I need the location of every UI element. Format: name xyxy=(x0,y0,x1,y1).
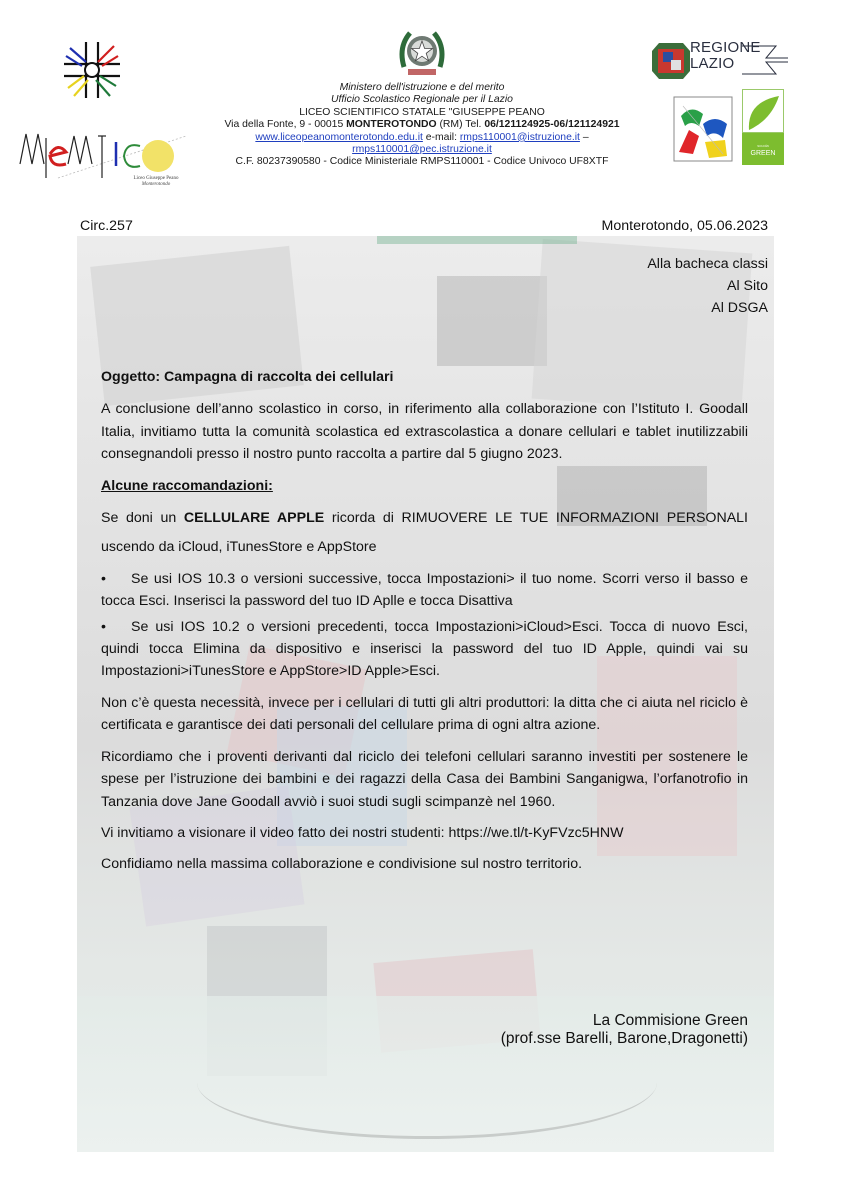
bullet-icon: • xyxy=(101,568,131,590)
email-link[interactable]: rmps110001@istruzione.it xyxy=(460,132,580,143)
bullet-text: Se usi IOS 10.3 o versioni successive, t… xyxy=(101,571,748,609)
bullet-icon: • xyxy=(101,616,131,638)
cubes-logo-icon xyxy=(673,96,733,162)
video-link[interactable]: https://we.tl/t-KyFVzc5HNW xyxy=(449,825,624,841)
recipient: Alla bacheca classi xyxy=(647,253,768,275)
address-mid: (RM) Tel. xyxy=(437,119,485,130)
subject-line: Oggetto: Campagna di raccolta dei cellul… xyxy=(101,366,748,388)
recipients: Alla bacheca classi Al Sito Al DSGA xyxy=(647,253,768,319)
address-city: MONTEROTONDO xyxy=(346,119,436,130)
intro-paragraph: A conclusione dell’anno scolastico in co… xyxy=(101,398,748,465)
regione-lazio-lines-icon xyxy=(742,42,790,78)
school-address: Via della Fonte, 9 - 00015 MONTEROTONDO … xyxy=(190,119,654,131)
bullet-item: •Se usi IOS 10.2 o versioni precedenti, … xyxy=(101,616,748,683)
letter-body: Oggetto: Campagna di raccolta dei cellul… xyxy=(101,366,748,885)
regional-office: Ufficio Scolastico Regionale per il Lazi… xyxy=(190,94,654,106)
apple-warning-pre: Se doni un xyxy=(101,510,184,526)
email-separator: – xyxy=(580,132,589,143)
matematico-caption-city: Monterotondo xyxy=(126,182,186,188)
circular-number: Circ.257 xyxy=(80,218,133,234)
ministry-name: Ministero dell'istruzione e del merito xyxy=(190,82,654,94)
regione-lazio-crest-icon xyxy=(651,42,691,80)
address-prefix: Via della Fonte, 9 - 00015 xyxy=(224,119,346,130)
sun-gear-logo-icon xyxy=(62,40,122,100)
email-label: e-mail: xyxy=(423,132,460,143)
bullet-text: Se usi IOS 10.2 o versioni precedenti, t… xyxy=(101,619,748,680)
video-text: Vi invitiamo a visionare il video fatto … xyxy=(101,825,449,841)
school-name: LICEO SCIENTIFICO STATALE "GIUSEPPE PEAN… xyxy=(190,107,654,119)
leaf-icon xyxy=(743,90,783,132)
video-paragraph: Vi invitiamo a visionare il video fatto … xyxy=(101,822,748,844)
other-producers-paragraph: Non c’è questa necessità, invece per i c… xyxy=(101,692,748,737)
green-logo-small-text: scuola xyxy=(742,143,784,148)
green-logo-text: GREEN xyxy=(742,150,784,157)
scuola-green-logo: scuola GREEN xyxy=(742,89,784,165)
phone-numbers: 06/121124925-06/121124921 xyxy=(484,119,619,130)
matematico-logo: Liceo Giuseppe Peano Monterotondo xyxy=(18,128,188,194)
apple-warning-post: ricorda di RIMUOVERE LE TUE INFORMAZIONI… xyxy=(324,510,748,526)
closing-paragraph: Confidiamo nella massima collaborazione … xyxy=(101,853,748,875)
school-codes: C.F. 80237390580 - Codice Ministeriale R… xyxy=(190,156,654,168)
signature-names: (prof.sse Barelli, Barone,Dragonetti) xyxy=(501,1030,748,1048)
place-date: Monterotondo, 05.06.2023 xyxy=(602,218,768,234)
pec-link[interactable]: rmps110001@pec.istruzione.it xyxy=(352,144,492,155)
apple-warning-line2: uscendo da iCloud, iTunesStore e AppStor… xyxy=(101,536,748,558)
signature: La Commisione Green (prof.sse Barelli, B… xyxy=(501,1012,748,1048)
recipient: Al Sito xyxy=(647,275,768,297)
apple-warning: Se doni un CELLULARE APPLE ricorda di RI… xyxy=(101,507,748,529)
italian-republic-emblem-icon xyxy=(396,27,448,81)
proceeds-paragraph: Ricordiamo che i proventi derivanti dal … xyxy=(101,746,748,813)
recommendations-title: Alcune raccomandazioni: xyxy=(101,475,748,497)
signature-committee: La Commisione Green xyxy=(501,1012,748,1030)
school-contacts: www.liceopeanomonterotondo.edu.it e-mail… xyxy=(190,132,654,144)
school-header: Ministero dell'istruzione e del merito U… xyxy=(190,82,654,169)
bullet-item: •Se usi IOS 10.3 o versioni successive, … xyxy=(101,568,748,613)
recipient: Al DSGA xyxy=(647,297,768,319)
apple-warning-bold: CELLULARE APPLE xyxy=(184,510,324,526)
website-link[interactable]: www.liceopeanomonterotondo.edu.it xyxy=(255,132,423,143)
